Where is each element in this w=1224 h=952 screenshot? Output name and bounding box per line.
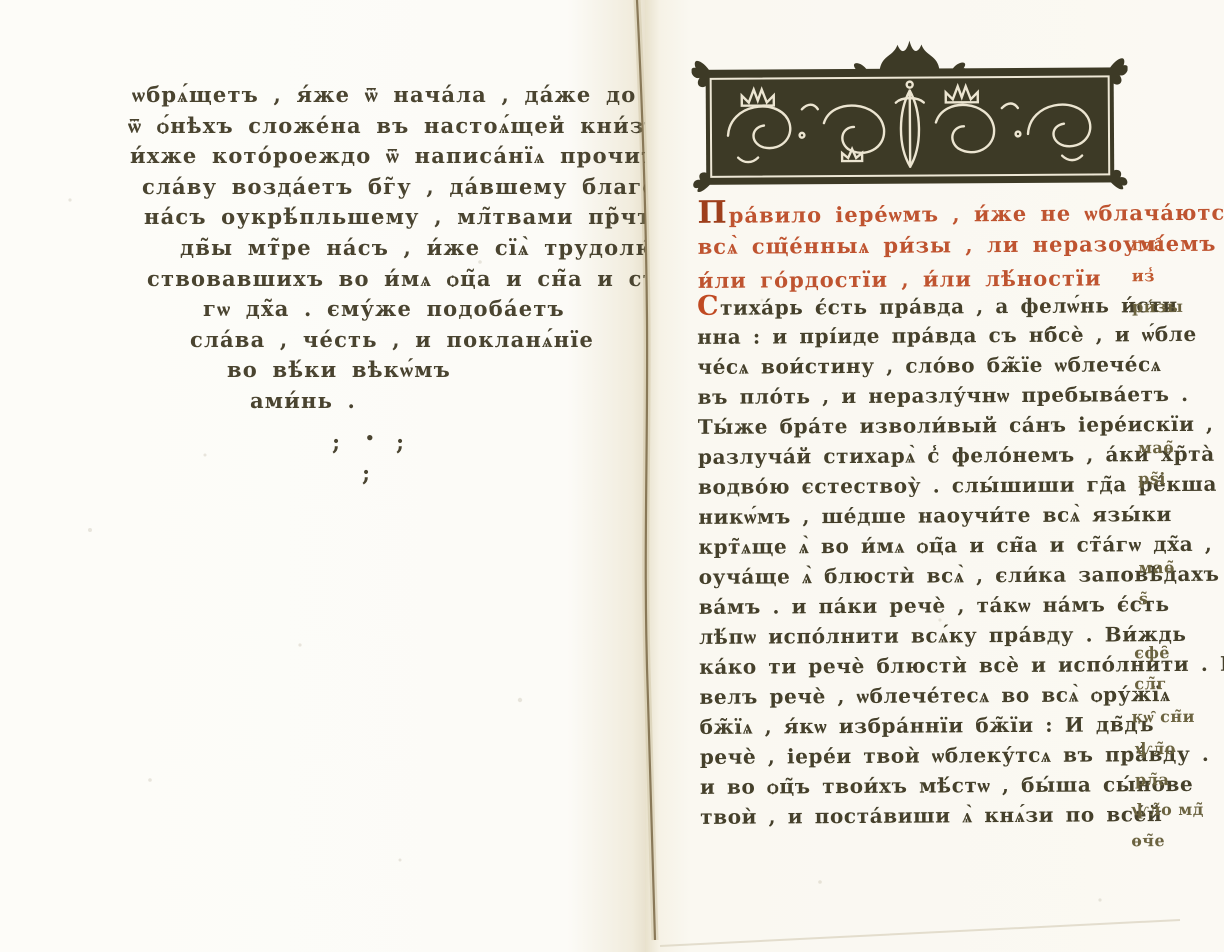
text-line: че́сѧ вои́стину , сло́во бж̃їе ѡблече́сѧ: [697, 348, 1224, 382]
text-line: гѡ дх̃а . єму́же подоба́етъ: [203, 294, 645, 325]
text-line: въ пло́ть , и неразлу́чнѡ пребыва́етъ .: [698, 378, 1224, 412]
text-line: ѡбрѧ́щетъ , я́же ѿ нача́ла , да́же до ко…: [132, 80, 645, 111]
text-line: ѿ ѻ́нѣхъ сложе́на въ настоѧ́щей кни́зѣ ,: [128, 111, 645, 142]
tailpiece-mark: ;: [362, 463, 370, 485]
text-line: дв̃ы мт̃ре на́съ , и́же сїѧ̀ трудолю́бь: [180, 233, 645, 264]
text-line-text: тиха́рь є́сть пра́вда , а фелѡ́нь и́сти: [720, 293, 1178, 320]
margin-note-line: ѱл̃о: [1135, 733, 1176, 764]
text-line: ствовавшихъ во и́мѧ ѻц̃а и сн̃а и ст̃а́: [147, 264, 645, 295]
margin-note-scripture-ref: єфе̑ сл̃г: [1134, 637, 1170, 699]
left-page-text-block: ѡбрѧ́щетъ , я́же ѿ нача́ла , да́же до ко…: [0, 80, 645, 417]
margin-note-line: єфе̑: [1134, 637, 1170, 668]
right-page: Пра́вило іере́ѡмъ , и́же не ѡблача́ютсѧ …: [645, 0, 1224, 952]
margin-note-line: маѳ̃: [1139, 552, 1175, 583]
margin-note-line: гла̑: [1132, 229, 1184, 260]
text-line: нна : и прі́иде пра́вда съ нб̃сѐ , и ѡ́б…: [697, 318, 1224, 352]
tailpiece-mark: ;: [396, 432, 404, 454]
margin-note-line: рл̃а: [1135, 764, 1176, 795]
text-line: никѡ́мъ , ше́дше наоучи́те всѧ̀ язы́ки: [698, 498, 1224, 532]
margin-note-line: рѕ̃і: [1138, 463, 1174, 494]
left-page: ѡбрѧ́щетъ , я́же ѿ нача́ла , да́же до ко…: [0, 0, 645, 952]
tailpiece-dot: •: [365, 431, 375, 446]
margin-note-scripture-ref: ѱл̃о рл̃а: [1135, 733, 1177, 795]
rubric-line: Пра́вило іере́ѡмъ , и́же не ѡблача́ютсѧ …: [697, 192, 1224, 230]
margin-note-line: ѳч̃е: [1131, 825, 1204, 856]
margin-note-line: ѱл̃о мд̃: [1131, 794, 1204, 825]
body-drop-cap: С: [697, 291, 719, 322]
woodcut-headpiece-ornament: [691, 37, 1128, 192]
tailpiece-mark: ;: [332, 432, 340, 454]
rubric-drop-cap: П: [697, 195, 727, 231]
margin-note-line: из̾: [1132, 260, 1184, 291]
margin-note-line: сл̃г: [1134, 668, 1170, 699]
margin-note-line: маѳ̃: [1138, 432, 1174, 463]
margin-note-scripture-ref: ѱл̃о мд̃ ѳч̃е: [1131, 794, 1204, 856]
margin-note-line: ри́зы: [1132, 291, 1184, 322]
margin-note-scripture-ref: маѳ̃ ѕ̃: [1139, 552, 1176, 614]
text-line: сла́ву возда́етъ бг̃у , да́вшему благода…: [142, 172, 645, 203]
margin-note-line: ѕ̃: [1139, 583, 1175, 614]
text-line: ами́нь .: [250, 386, 645, 417]
book-scan: ѡбрѧ́щетъ , я́же ѿ нача́ла , да́же до ко…: [0, 0, 1224, 952]
margin-note-chapter-ref: гла̑ из̾ ри́зы: [1132, 229, 1184, 322]
text-line: и́хже кото́роеждо ѿ написа́нїѧ прочита́ѧ…: [130, 141, 645, 172]
text-line: на́съ оукрѣ́пльшему , мл̃твами пр̃чтыѧ: [144, 202, 645, 233]
text-line: во вѣ́ки вѣкѡ́мъ: [227, 355, 645, 386]
right-page-content: Пра́вило іере́ѡмъ , и́же не ѡблача́ютсѧ …: [643, 0, 1224, 952]
text-line: сла́ва , че́сть , и покланѧ́нїе: [190, 325, 645, 356]
rubric-line-text: ра́вило іере́ѡмъ , и́же не ѡблача́ютсѧ в…: [729, 199, 1224, 227]
margin-note-line: кѡ̑ сн̃и: [1131, 701, 1195, 732]
margin-note-scripture-ref: кѡ̑ сн̃и: [1131, 701, 1195, 732]
margin-note-scripture-ref: маѳ̃ рѕ̃і: [1138, 432, 1175, 494]
